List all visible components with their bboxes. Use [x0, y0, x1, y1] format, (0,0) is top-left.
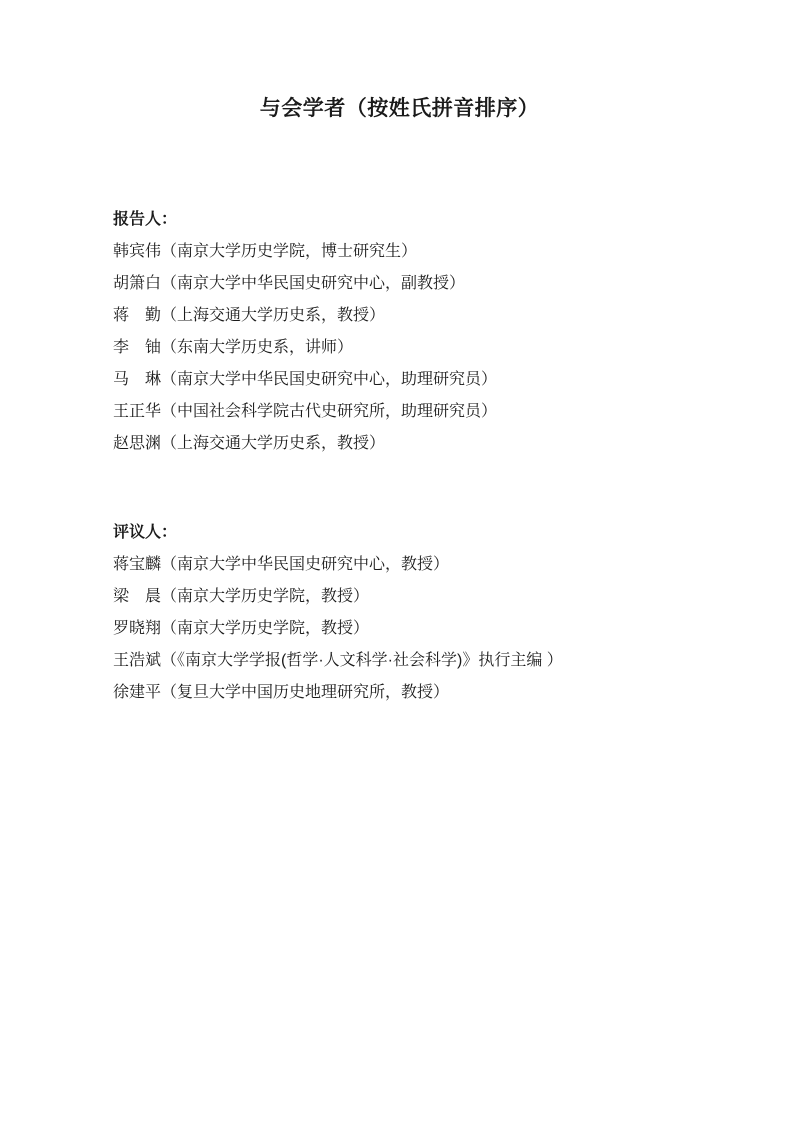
reviewer-line: 梁 晨（南京大学历史学院，教授）: [113, 581, 733, 613]
reviewer-line: 徐建平（复旦大学中国历史地理研究所，教授）: [113, 677, 733, 709]
section-heading-reporters: 报告人：: [113, 204, 733, 236]
reporter-line: 马 琳（南京大学中华民国史研究中心，助理研究员）: [113, 364, 733, 396]
section-heading-reviewers: 评议人：: [113, 517, 733, 549]
document-page: 与会学者（按姓氏拼音排序） 报告人： 韩宾伟（南京大学历史学院，博士研究生） 胡…: [0, 0, 799, 1127]
section-reporters: 报告人： 韩宾伟（南京大学历史学院，博士研究生） 胡箫白（南京大学中华民国史研究…: [113, 204, 733, 460]
reporter-line: 赵思渊（上海交通大学历史系，教授）: [113, 428, 733, 460]
participant-list: 报告人： 韩宾伟（南京大学历史学院，博士研究生） 胡箫白（南京大学中华民国史研究…: [113, 204, 733, 709]
reviewer-line: 王浩斌（《南京大学学报(哲学·人文科学·社会科学)》执行主编 ）: [113, 645, 733, 677]
reviewer-line: 罗晓翔（南京大学历史学院，教授）: [113, 613, 733, 645]
reviewer-line: 蒋宝麟（南京大学中华民国史研究中心，教授）: [113, 549, 733, 581]
reporter-line: 李 铀（东南大学历史系，讲师）: [113, 332, 733, 364]
reporter-line: 胡箫白（南京大学中华民国史研究中心，副教授）: [113, 268, 733, 300]
reporter-line: 韩宾伟（南京大学历史学院，博士研究生）: [113, 236, 733, 268]
reporter-line: 蒋 勤（上海交通大学历史系，教授）: [113, 300, 733, 332]
page-title: 与会学者（按姓氏拼音排序）: [0, 95, 799, 123]
reporter-line: 王正华（中国社会科学院古代史研究所，助理研究员）: [113, 396, 733, 428]
section-reviewers: 评议人： 蒋宝麟（南京大学中华民国史研究中心，教授） 梁 晨（南京大学历史学院，…: [113, 517, 733, 709]
